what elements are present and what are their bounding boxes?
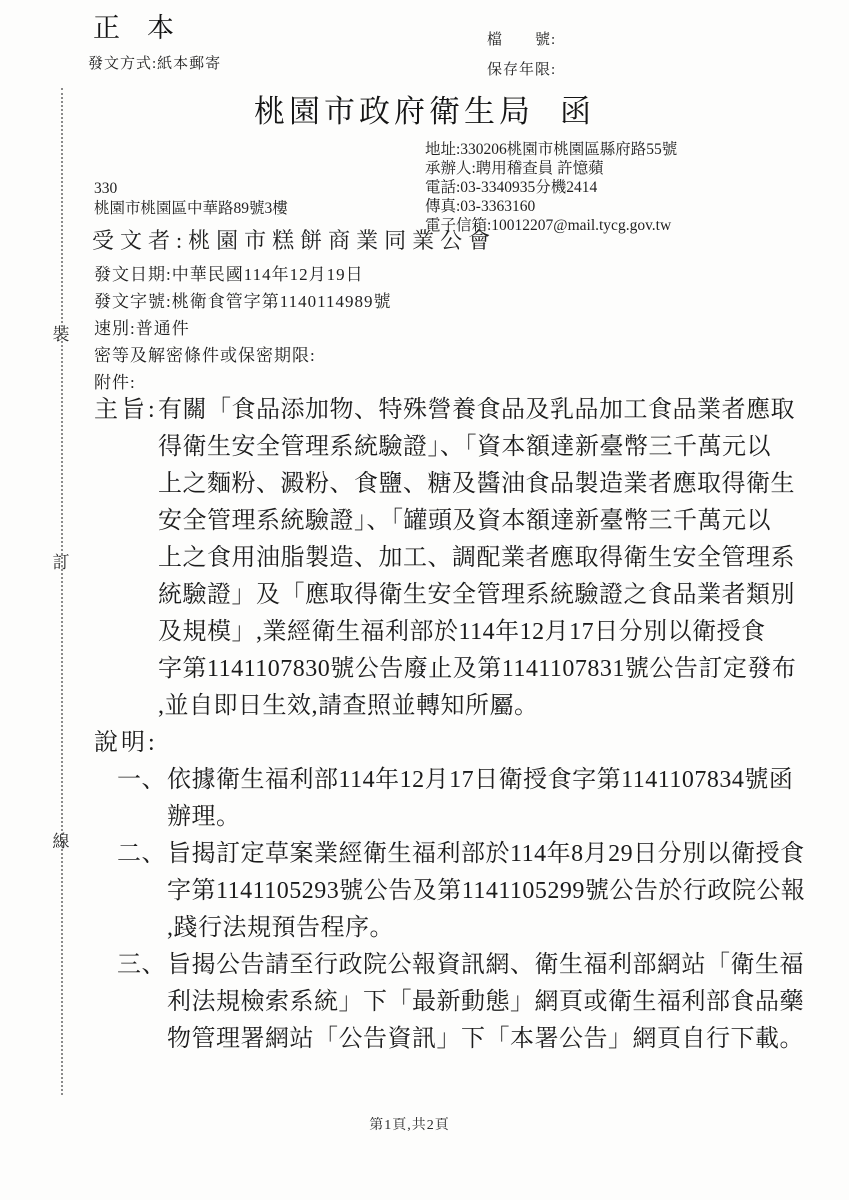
- subject-line: 上之麵粉、澱粉、食鹽、糖及醬油食品製造業者應取得衛生: [158, 466, 819, 503]
- recipient-postal-block: 330 桃園市桃園區中華路89號3樓: [94, 179, 288, 219]
- subject-label: 主旨:: [94, 392, 158, 725]
- letterhead-fax: 傳真:03-3363160: [425, 197, 677, 216]
- item-number: 三、: [117, 947, 167, 1058]
- subject-line: 安全管理系統驗證」、「罐頭及資本額達新臺幣三千萬元以: [158, 503, 819, 540]
- item-line: 物管理署網站「公告資訊」下「本署公告」網頁自行下載。: [167, 1021, 819, 1058]
- letterhead-address: 地址:330206桃園市桃園區縣府路55號: [425, 140, 677, 159]
- item-number: 一、: [117, 762, 167, 836]
- binding-mark-zhuang: 裝: [46, 320, 76, 345]
- scanned-official-letter-page: 裝 訂 線 正 本 發文方式:紙本郵寄 檔 號: 保存年限: 桃園市政府衛生局函…: [0, 0, 849, 1200]
- issue-date: 發文日期:中華民國114年12月19日: [94, 261, 391, 288]
- item-line: 旨揭公告請至行政院公報資訊網、衛生福利部網站「衛生福: [167, 947, 819, 984]
- binding-mark-xian: 線: [46, 827, 76, 852]
- binding-dotted-line: [61, 88, 63, 1095]
- subject-line: 字第1141107830號公告廢止及第1141107831號公告訂定發布: [158, 651, 819, 688]
- org-name: 桃園市政府衛生局: [254, 94, 534, 129]
- recipient-name-line: 受文者:桃園市糕餅商業同業公會: [92, 224, 496, 255]
- explanation-item-3: 三、 旨揭公告請至行政院公報資訊網、衛生福利部網站「衛生福 利法規檢索系統」下「…: [117, 947, 819, 1058]
- subject-line: 及規模」,業經衛生福利部於114年12月17日分別以衛授食: [158, 614, 819, 651]
- item-text: 依據衛生福利部114年12月17日衛授食字第1141107834號函 辦理。: [167, 762, 819, 836]
- item-number: 二、: [117, 836, 167, 947]
- recipient-zip: 330: [94, 179, 288, 199]
- item-line: 旨揭訂定草案業經衛生福利部於114年8月29日分別以衛授食: [167, 836, 819, 873]
- speed-class: 速別:普通件: [94, 315, 391, 342]
- item-text: 旨揭公告請至行政院公報資訊網、衛生福利部網站「衛生福 利法規檢索系統」下「最新動…: [167, 947, 819, 1058]
- explanation-label: 說明:: [94, 725, 819, 762]
- document-body: 主旨: 有關「食品添加物、特殊營養食品及乳品加工食品業者應取 得衛生安全管理系統…: [94, 392, 819, 1058]
- item-line: 字第1141105293號公告及第1141105299號公告於行政院公報: [167, 873, 819, 910]
- item-text: 旨揭訂定草案業經衛生福利部於114年8月29日分別以衛授食 字第11411052…: [167, 836, 819, 947]
- security-class: 密等及解密條件或保密期限:: [94, 342, 391, 369]
- document-meta-block: 發文日期:中華民國114年12月19日 發文字號:桃衛食管字第114011498…: [94, 261, 391, 396]
- item-line: 依據衛生福利部114年12月17日衛授食字第1141107834號函: [167, 762, 819, 799]
- explanation-item-1: 一、 依據衛生福利部114年12月17日衛授食字第1141107834號函 辦理…: [117, 762, 819, 836]
- page-number-indicator: 第1頁,共2頁: [0, 1114, 819, 1134]
- letterhead-contact-person: 承辦人:聘用稽查員 許憶蘋: [425, 159, 677, 178]
- delivery-method: 發文方式:紙本郵寄: [88, 52, 221, 73]
- file-number-label: 檔 號:: [487, 25, 556, 55]
- retention-period-label: 保存年限:: [487, 55, 556, 85]
- subject-line: ,並自即日生效,請查照並轉知所屬。: [158, 688, 819, 725]
- letterhead-phone: 電話:03-3340935分機2414: [425, 178, 677, 197]
- item-line: 利法規檢索系統」下「最新動態」網頁或衛生福利部食品藥: [167, 984, 819, 1021]
- doc-type: 函: [560, 94, 595, 129]
- recipient-street-address: 桃園市桃園區中華路89號3樓: [94, 199, 288, 219]
- copy-type-stamp: 正 本: [93, 6, 174, 45]
- subject-line: 統驗證」及「應取得衛生安全管理系統驗證之食品業者類別: [158, 577, 819, 614]
- item-line: ,踐行法規預告程序。: [167, 910, 819, 947]
- explanation-item-2: 二、 旨揭訂定草案業經衛生福利部於114年8月29日分別以衛授食 字第11411…: [117, 836, 819, 947]
- document-title: 桃園市政府衛生局函: [0, 86, 849, 131]
- subject-line: 上之食用油脂製造、加工、調配業者應取得衛生安全管理系: [158, 540, 819, 577]
- subject-text: 有關「食品添加物、特殊營養食品及乳品加工食品業者應取 得衛生安全管理系統驗證」、…: [158, 392, 819, 725]
- subject-line: 得衛生安全管理系統驗證」、「資本額達新臺幣三千萬元以: [158, 429, 819, 466]
- subject-section: 主旨: 有關「食品添加物、特殊營養食品及乳品加工食品業者應取 得衛生安全管理系統…: [94, 392, 819, 725]
- subject-line: 有關「食品添加物、特殊營養食品及乳品加工食品業者應取: [158, 392, 819, 429]
- binding-mark-ding: 訂: [46, 548, 76, 573]
- file-number-box: 檔 號: 保存年限:: [487, 25, 556, 85]
- issue-number: 發文字號:桃衛食管字第1140114989號: [94, 288, 391, 315]
- letterhead-contact-block: 地址:330206桃園市桃園區縣府路55號 承辦人:聘用稽查員 許憶蘋 電話:0…: [425, 140, 677, 235]
- item-line: 辦理。: [167, 799, 819, 836]
